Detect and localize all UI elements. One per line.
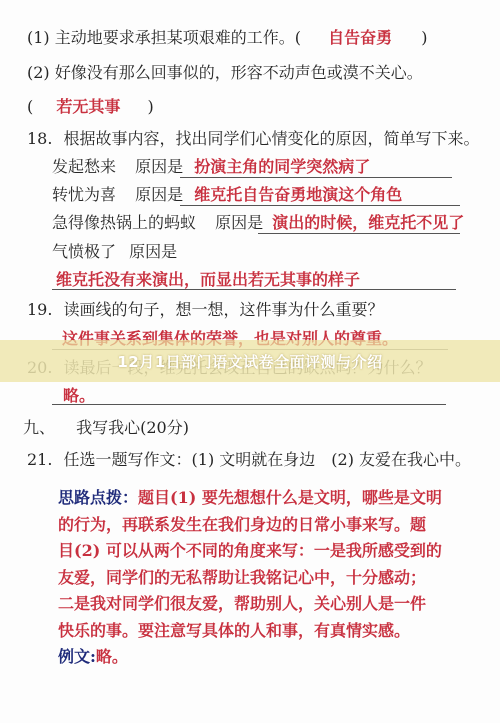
q21-example-value: 略。 xyxy=(96,647,128,666)
q18-heading: 18. 根据故事内容，找出同学们心情变化的原因，简单写下来。 xyxy=(27,129,480,149)
q18-item-2-answer: 维克托自告奋勇地演这个角色 xyxy=(194,185,402,204)
q18-item-4-label: 原因是 xyxy=(129,242,177,261)
q21-number: 21. xyxy=(27,450,52,469)
section9-number: 九、 xyxy=(23,418,55,437)
q18-question: 根据故事内容，找出同学们心情变化的原因，简单写下来。 xyxy=(64,129,480,148)
q20-answer: 略。 xyxy=(63,386,95,406)
q21-hint: 思路点拨：题目(1) 要先想想什么是文明，哪些是文明 的行为，再联系发生在我们身… xyxy=(58,485,478,671)
q21-hint-line-3: 目(2) 可以从两个不同的角度来写：一是我所感受到的 xyxy=(58,538,478,565)
q21-hint-text-1: 题目(1) 要先想想什么是文明，哪些是文明 xyxy=(138,488,442,507)
q20-underline xyxy=(52,404,446,405)
vocab-q2-close: ) xyxy=(147,97,153,116)
q21-heading: 21. 任选一题写作文：(1) 文明就在身边 (2) 友爱在我心中。 xyxy=(27,450,471,470)
q18-item-3-mood: 急得像热锅上的蚂蚁 xyxy=(52,213,196,232)
q21-hint-line-5: 二是我对同学们很友爱，帮助别人，关心别人是一件 xyxy=(58,591,478,618)
q18-item-3-underline xyxy=(258,233,460,234)
vocab-q1: (1) 主动地要求承担某项艰难的工作。( 自告奋勇 ) xyxy=(27,28,427,48)
section9-title: 我写我心(20分) xyxy=(76,418,189,437)
worksheet-page: (1) 主动地要求承担某项艰难的工作。( 自告奋勇 ) (2) 好像没有那么回事… xyxy=(0,0,500,723)
q18-item-4-underline xyxy=(52,289,456,290)
q18-item-1-label: 原因是 xyxy=(135,157,183,176)
q19-heading: 19. 读画线的句子，想一想，这件事为什么重要？ xyxy=(27,300,384,320)
q18-number: 18. xyxy=(27,129,52,148)
banner-title: 12月1日部门语文试卷全面评测与介绍 xyxy=(117,351,382,372)
vocab-q1-answer: 自告奋勇 xyxy=(328,28,392,47)
title-overlay-banner: 12月1日部门语文试卷全面评测与介绍 xyxy=(0,340,500,382)
q18-item-3: 急得像热锅上的蚂蚁 原因是 演出的时候，维克托不见了 xyxy=(52,213,464,233)
q21-hint-line-4: 友爱，同学们的无私帮助让我铭记心中，十分感动； xyxy=(58,565,478,592)
vocab-q2-prompt: (2) 好像没有那么回事似的，形容不动声色或漠不关心。 xyxy=(27,63,423,83)
q18-item-1-underline xyxy=(180,177,452,178)
q18-item-3-answer: 演出的时候，维克托不见了 xyxy=(272,213,464,232)
q18-item-3-label: 原因是 xyxy=(215,213,263,232)
q18-item-1: 发起愁来 原因是 扮演主角的同学突然病了 xyxy=(52,157,370,177)
section9-heading: 九、 我写我心(20分) xyxy=(23,418,189,438)
q19-number: 19. xyxy=(27,300,52,319)
q18-item-4: 气愤极了 原因是 xyxy=(52,242,177,262)
q18-item-2: 转忧为喜 原因是 维克托自告奋勇地演这个角色 xyxy=(52,185,402,205)
q18-item-2-underline xyxy=(180,205,460,206)
vocab-q1-close: ) xyxy=(421,28,427,47)
q19-question: 读画线的句子，想一想，这件事为什么重要？ xyxy=(64,300,384,319)
q18-item-4-mood: 气愤极了 xyxy=(52,242,116,261)
q18-item-4-answer: 维克托没有来演出，而显出若无其事的样子 xyxy=(56,270,360,290)
q21-hint-label: 思路点拨： xyxy=(58,488,138,507)
q21-question: 任选一题写作文：(1) 文明就在身边 (2) 友爱在我心中。 xyxy=(64,450,472,469)
vocab-q2-answer: 若无其事 xyxy=(56,97,120,116)
q18-item-1-mood: 发起愁来 xyxy=(52,157,116,176)
q21-example: 例文:略。 xyxy=(58,644,478,671)
vocab-q2-answer-line: ( 若无其事 ) xyxy=(27,97,154,117)
q21-example-label: 例文: xyxy=(58,647,96,666)
q18-item-1-answer: 扮演主角的同学突然病了 xyxy=(194,157,370,176)
q21-hint-line-2: 的行为，再联系发生在我们身边的日常小事来写。题 xyxy=(58,512,478,539)
q18-item-2-mood: 转忧为喜 xyxy=(52,185,116,204)
q21-hint-line-6: 快乐的事。要注意写具体的人和事，有真情实感。 xyxy=(58,618,478,645)
q18-item-2-label: 原因是 xyxy=(135,185,183,204)
vocab-q1-prompt: (1) 主动地要求承担某项艰难的工作。( xyxy=(27,28,301,47)
vocab-q2-open: ( xyxy=(27,97,33,116)
q21-hint-line-1: 思路点拨：题目(1) 要先想想什么是文明，哪些是文明 xyxy=(58,485,478,512)
